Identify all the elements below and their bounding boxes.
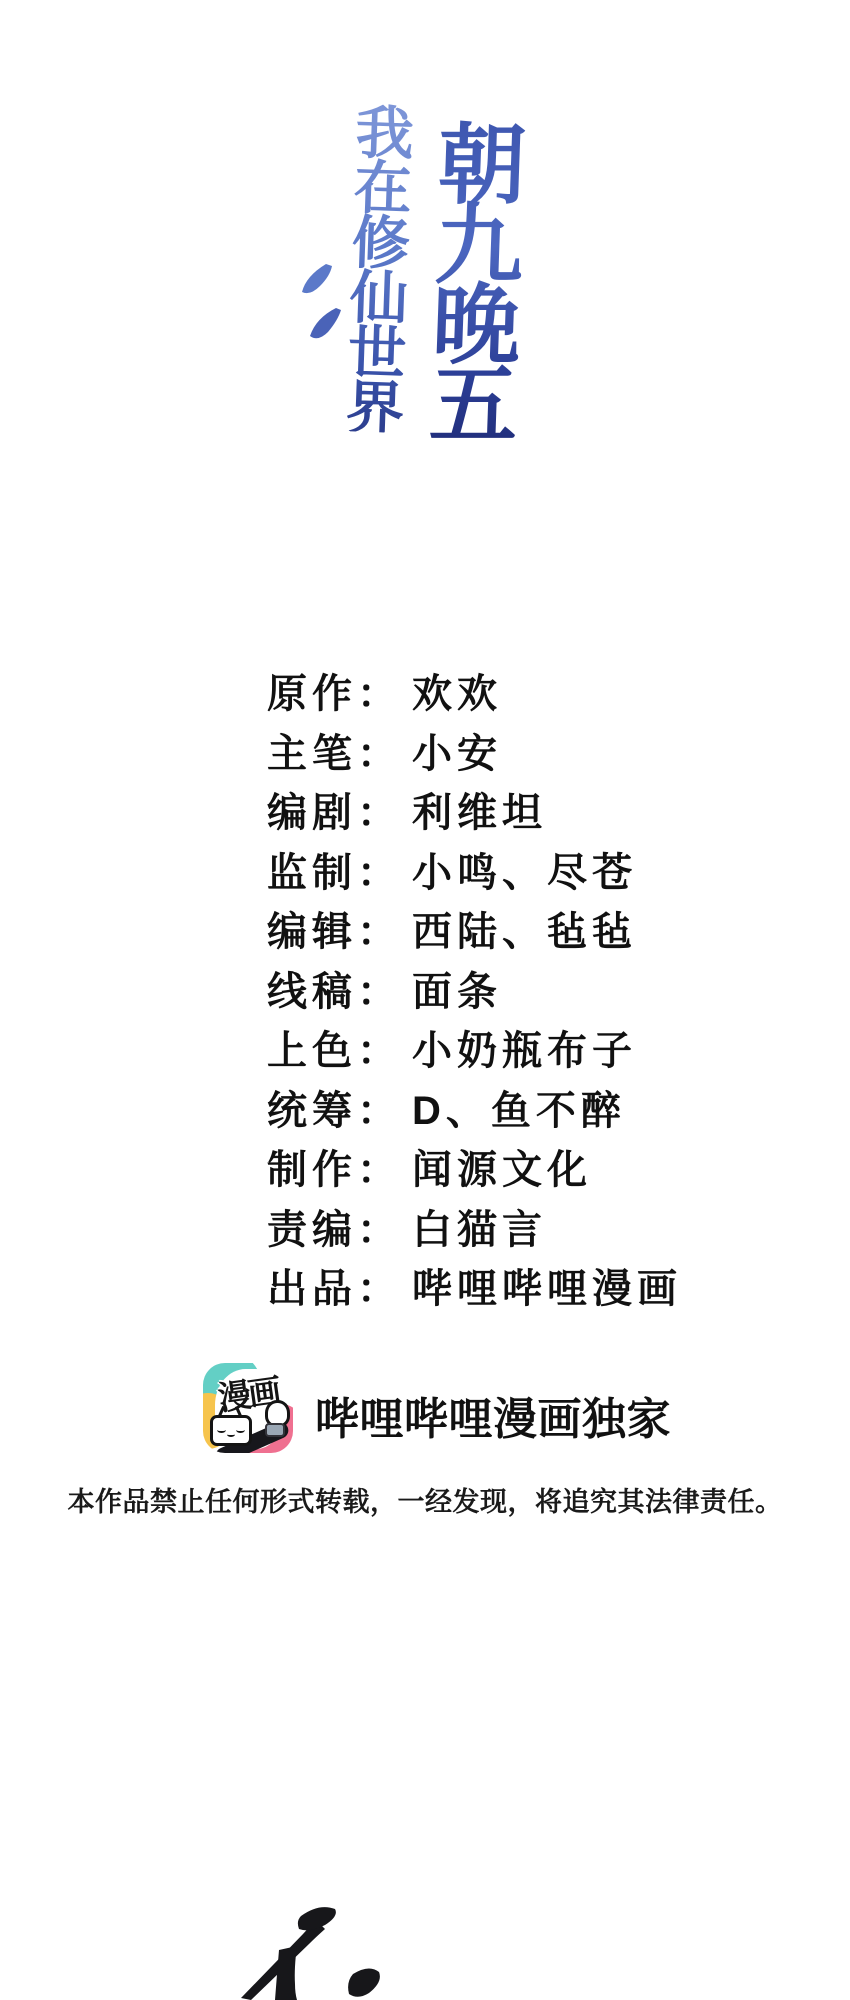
credit-separator: ： xyxy=(357,841,402,898)
credit-separator: ： xyxy=(357,960,402,1017)
credit-name: 闻源文化 xyxy=(412,1138,592,1195)
series-title-right-column: 朝九晚五 xyxy=(402,118,539,438)
credit-row-lineart: 线稿：面条 xyxy=(267,959,682,1019)
bilibili-manga-app-icon: 漫画 xyxy=(203,1363,293,1453)
credits-list: 原作：欢欢 主笔：小安 编剧：利维坦 监制：小鸣、尽苍 编辑：西陆、毡毡 线稿：… xyxy=(267,661,682,1316)
series-title-calligraphy: 我在修仙世界 朝九晚五 xyxy=(0,0,850,480)
tv-mouth xyxy=(227,1432,235,1437)
credit-name: 小奶瓶布子 xyxy=(412,1019,637,1076)
credit-row-editor: 编辑：西陆、毡毡 xyxy=(267,899,682,959)
copyright-disclaimer: 本作品禁止任何形式转载，一经发现，将追究其法律责任。 xyxy=(0,1480,850,1519)
credit-row-screenwriter: 编剧：利维坦 xyxy=(267,780,682,840)
credit-row-production: 制作：闻源文化 xyxy=(267,1137,682,1197)
credit-separator: ： xyxy=(357,1198,402,1255)
credit-name: D、鱼不醉 xyxy=(412,1079,626,1136)
bilibili-tv-mascot-icon xyxy=(210,1415,252,1446)
credit-role: 责编 xyxy=(267,1198,357,1255)
credit-name: 利维坦 xyxy=(412,781,547,838)
credit-separator: ： xyxy=(357,1019,402,1076)
credit-separator: ： xyxy=(357,1079,402,1136)
tv-right-eye xyxy=(236,1427,245,1433)
bottom-brush-calligraphy-partial xyxy=(237,1902,407,2000)
credit-role: 主笔 xyxy=(267,722,357,779)
credit-role: 线稿 xyxy=(267,960,357,1017)
credit-name: 西陆、毡毡 xyxy=(412,900,637,957)
bilibili-exclusive-label: 哔哩哔哩漫画独家 xyxy=(315,1383,671,1447)
credit-name: 白猫言 xyxy=(412,1198,547,1255)
credit-role: 编辑 xyxy=(267,900,357,957)
credit-role: 原作 xyxy=(267,662,357,719)
credit-row-original-author: 原作：欢欢 xyxy=(267,661,682,721)
credit-role: 出品 xyxy=(267,1257,357,1314)
credit-separator: ： xyxy=(357,781,402,838)
publisher-row: 漫画 哔哩哔哩漫画独家 xyxy=(203,1363,723,1453)
credit-name: 小安 xyxy=(412,722,502,779)
credit-name: 哔哩哔哩漫画 xyxy=(412,1257,682,1314)
credit-name: 小鸣、尽苍 xyxy=(412,841,637,898)
credit-separator: ： xyxy=(357,722,402,779)
icon-held-gadget xyxy=(265,1423,285,1437)
credit-name: 面条 xyxy=(412,960,502,1017)
credit-row-lead-artist: 主笔：小安 xyxy=(267,721,682,781)
credit-name: 欢欢 xyxy=(412,662,502,719)
credit-row-supervisor: 监制：小鸣、尽苍 xyxy=(267,840,682,900)
credit-role: 上色 xyxy=(267,1019,357,1076)
credit-row-coordinator: 统筹：D、鱼不醉 xyxy=(267,1078,682,1138)
tv-left-eye xyxy=(217,1427,226,1433)
credit-role: 编剧 xyxy=(267,781,357,838)
credit-row-publisher: 出品：哔哩哔哩漫画 xyxy=(267,1256,682,1316)
calligraphy-flourish-strokes xyxy=(296,262,342,352)
credit-separator: ： xyxy=(357,662,402,719)
credit-separator: ： xyxy=(357,1257,402,1314)
credit-role: 制作 xyxy=(267,1138,357,1195)
credit-separator: ： xyxy=(357,1138,402,1195)
credit-separator: ： xyxy=(357,900,402,957)
credit-row-coloring: 上色：小奶瓶布子 xyxy=(267,1018,682,1078)
manga-credits-page: 我在修仙世界 朝九晚五 原作：欢欢 主笔：小安 编剧：利维坦 监制：小鸣、尽苍 … xyxy=(0,0,850,2000)
credit-role: 统筹 xyxy=(267,1079,357,1136)
credit-role: 监制 xyxy=(267,841,357,898)
credit-row-managing-editor: 责编：白猫言 xyxy=(267,1197,682,1257)
